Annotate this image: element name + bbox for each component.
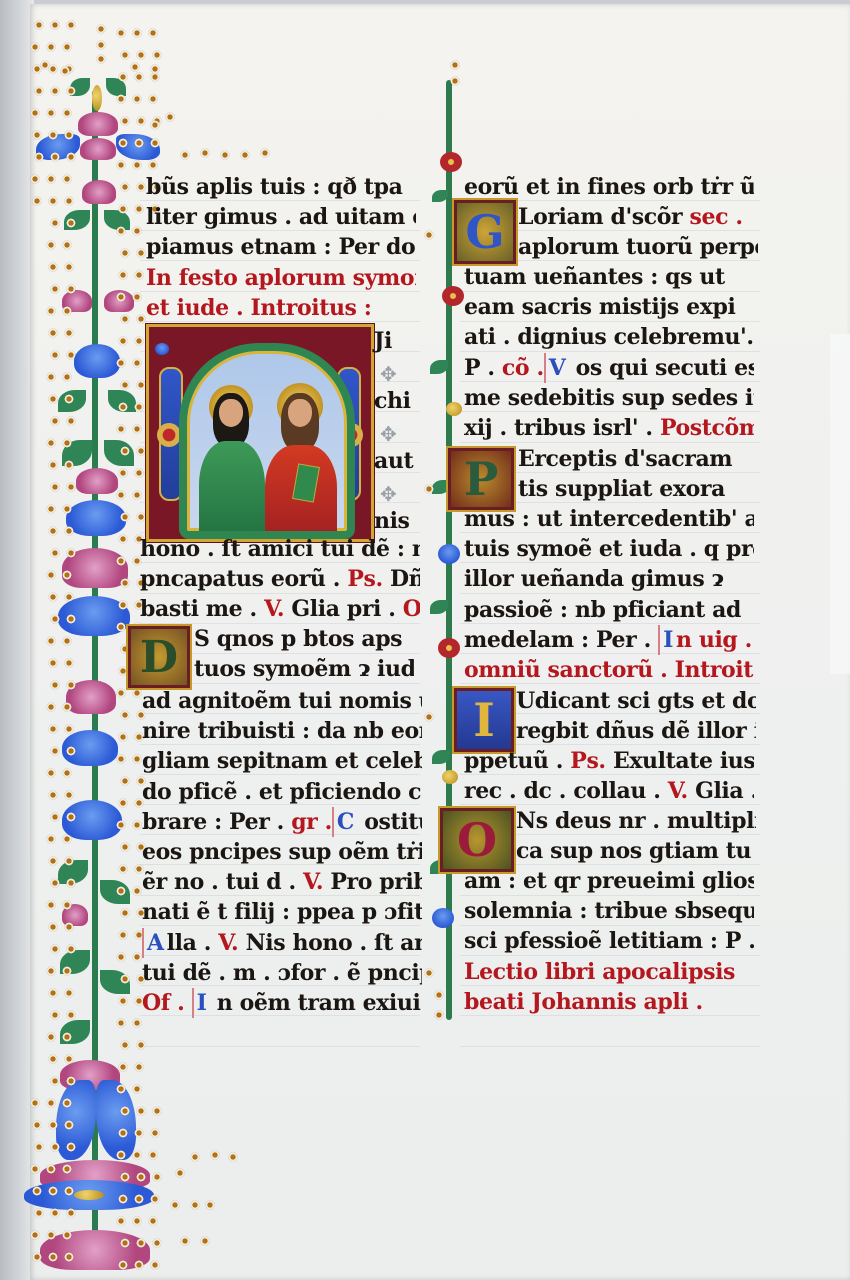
blue-acanthus-icon <box>56 1080 96 1160</box>
gold-dot-icon <box>32 1252 42 1262</box>
text-segment: Exultate iusti i dño <box>606 748 754 774</box>
gold-dot-icon <box>64 1186 74 1196</box>
gold-dot-icon <box>64 988 74 998</box>
rubric-text: n uig . <box>676 627 752 653</box>
text-line: Udicant sci gts et do . pr <box>516 686 756 716</box>
initial-D-left: D <box>126 624 192 690</box>
gold-dot-icon <box>46 1164 56 1174</box>
blue-flower-icon <box>74 344 120 378</box>
gold-dot-icon <box>118 72 128 82</box>
text-line: Alla . V. Nis hono . ſt amici <box>142 928 422 958</box>
rubric-text: Ps. <box>570 748 605 774</box>
gold-dot-icon <box>50 812 60 822</box>
gold-dot-icon <box>120 710 130 720</box>
gold-dot-icon <box>148 1216 158 1226</box>
gold-dot-icon <box>136 1040 146 1050</box>
gold-dot-icon <box>50 548 60 558</box>
gold-dot-icon <box>120 182 130 192</box>
gold-dot-icon <box>134 402 144 412</box>
gold-dot-icon <box>48 724 58 734</box>
gold-dot-icon <box>120 116 130 126</box>
gold-dot-icon <box>50 86 60 96</box>
gold-dot-icon <box>134 72 144 82</box>
gold-dot-icon <box>120 1238 130 1248</box>
gold-dot-icon <box>48 592 58 602</box>
gold-dot-icon <box>150 1260 160 1270</box>
gold-dot-icon <box>62 768 72 778</box>
gold-dot-icon <box>152 1238 162 1248</box>
gold-dot-icon <box>66 878 76 888</box>
gold-dot-icon <box>32 196 42 206</box>
gold-dot-icon <box>134 270 144 280</box>
minor-initial: C <box>332 807 357 837</box>
text-line: do pficẽ . et pficiendo cele <box>142 777 422 807</box>
historiated-initial-miniature <box>146 324 374 542</box>
jeweled-boss-icon <box>157 423 181 447</box>
gold-dot-icon <box>116 424 126 434</box>
gold-dot-icon <box>136 380 146 390</box>
gold-dot-icon <box>34 1208 44 1218</box>
gold-dot-icon <box>190 1200 200 1210</box>
gold-dot-icon <box>120 1172 130 1182</box>
blue-flower-icon <box>432 908 454 928</box>
gold-dot-icon <box>50 1076 60 1086</box>
text-line: tui dẽ . m . ɔfor . ẽ pncipat eorũ . <box>142 958 422 988</box>
text-line: ppetuũ . Ps. Exultate iusti i dño <box>464 746 754 776</box>
gold-dot-icon <box>62 900 72 910</box>
gold-dot-icon <box>132 160 142 170</box>
gold-dot-icon <box>64 526 74 536</box>
gold-dot-icon <box>46 1098 56 1108</box>
gold-dot-icon <box>46 900 56 910</box>
text-line: ad agnitoẽm tui nomis ue <box>142 686 422 716</box>
gold-dot-icon <box>120 50 130 60</box>
text-segment: basti me . <box>140 596 264 622</box>
gold-dot-icon <box>66 1076 76 1086</box>
minor-initial: I <box>192 988 210 1018</box>
gold-dot-icon <box>66 218 76 228</box>
gold-dot-icon <box>46 834 56 844</box>
gold-dot-icon <box>116 556 126 566</box>
gold-dot-icon <box>66 1142 76 1152</box>
gold-dot-icon <box>62 504 72 514</box>
gold-dot-icon <box>64 1252 74 1262</box>
gold-dot-icon <box>150 1194 160 1204</box>
text-line: ati . dignius celebremu'. <box>464 322 754 352</box>
text-line: ca sup nos gtiam tu <box>516 836 756 866</box>
gold-dot-icon <box>118 732 128 742</box>
gold-dot-icon <box>165 112 175 122</box>
text-line: solemnia : tribue sbsequi <box>464 896 754 926</box>
gold-dot-icon <box>62 108 72 118</box>
gold-dot-icon <box>64 1054 74 1064</box>
text-fragment: Ji <box>374 326 392 356</box>
gold-dot-icon <box>66 812 76 822</box>
gold-dot-icon <box>96 40 106 50</box>
gold-dot-icon <box>66 614 76 624</box>
gold-dot-icon <box>50 350 60 360</box>
text-line: xij . tribus isrl' . Postcõm . <box>464 413 754 443</box>
rubric-text: cõ . <box>502 355 544 381</box>
text-segment: pncapatus eorũ . <box>140 566 347 592</box>
gold-dot-icon <box>120 908 130 918</box>
gold-dot-icon <box>64 658 74 668</box>
text-line: bũs aplis tuis : qð tpa <box>146 172 416 202</box>
text-line: S qnos p btos aps <box>194 624 414 654</box>
gold-dot-icon <box>116 292 126 302</box>
gold-dot-icon <box>116 94 126 104</box>
gold-dot-icon <box>134 138 144 148</box>
knotwork-filler-icon: ✥ <box>380 422 397 446</box>
gold-dot-icon <box>32 1120 42 1130</box>
text-line: basti me . V. Glia pri . Orõ . <box>140 594 420 624</box>
gold-dot-icon <box>40 60 50 70</box>
rubric-text: V. <box>218 930 238 956</box>
gold-dot-icon <box>66 86 76 96</box>
gold-dot-icon <box>66 1010 76 1020</box>
gold-dot-icon <box>136 446 146 456</box>
red-flower-icon <box>442 286 464 306</box>
gold-dot-icon <box>424 484 434 494</box>
gold-dot-icon <box>190 1152 200 1162</box>
gold-fruit-icon <box>446 402 462 416</box>
page-repair-patch <box>830 334 850 674</box>
rubric-text: Postcõm . <box>660 415 754 441</box>
text-line: beati Johannis apli . <box>464 987 754 1017</box>
gold-dot-icon <box>50 218 60 228</box>
gold-dot-icon <box>450 60 460 70</box>
text-segment: xij . tribus isrl' . <box>464 415 660 441</box>
gold-dot-icon <box>116 28 126 38</box>
gold-dot-icon <box>136 116 146 126</box>
gold-dot-icon <box>62 1164 72 1174</box>
text-fragment: aut <box>374 446 413 476</box>
gold-dot-icon <box>136 182 146 192</box>
gold-dot-icon <box>120 248 130 258</box>
gold-dot-icon <box>50 944 60 954</box>
rubric-text: Orõ . <box>403 596 420 622</box>
pink-flower-icon <box>82 180 116 204</box>
gold-dot-icon <box>48 856 58 866</box>
text-line: rec . dc . collau . V. Glia . Orõ <box>464 776 754 806</box>
gold-dot-icon <box>132 886 142 896</box>
rubric-text: Ps. <box>347 566 382 592</box>
gold-dot-icon <box>116 952 126 962</box>
gold-dot-icon <box>46 768 56 778</box>
gold-dot-icon <box>62 702 72 712</box>
gold-dot-icon <box>46 438 56 448</box>
gold-dot-icon <box>48 790 58 800</box>
blue-flower-icon <box>155 343 169 355</box>
gold-dot-icon <box>132 952 142 962</box>
text-segment: ppetuũ . <box>464 748 570 774</box>
rubric-text: Of . <box>142 990 192 1016</box>
gold-dot-icon <box>136 50 146 60</box>
gold-dot-icon <box>132 358 142 368</box>
gold-dot-icon <box>62 570 72 580</box>
rubric-text: gr . <box>291 809 332 835</box>
gold-dot-icon <box>120 776 130 786</box>
gold-dot-icon <box>116 820 126 830</box>
red-flower-icon <box>438 638 460 658</box>
text-line: am : et qr preueimi gliosa <box>464 866 754 896</box>
gold-dot-icon <box>148 28 158 38</box>
text-segment: ostitue <box>357 809 422 835</box>
gold-dot-icon <box>96 24 106 34</box>
gold-dot-icon <box>120 1106 130 1116</box>
gold-dot-icon <box>132 424 142 434</box>
text-segment: ẽr no . tui d . <box>142 869 303 895</box>
text-line: Lectio libri apocalipsis <box>464 957 754 987</box>
gold-dot-icon <box>134 336 144 346</box>
gold-dot-icon <box>134 1260 144 1270</box>
gold-dot-icon <box>48 130 58 140</box>
gold-dot-icon <box>120 380 130 390</box>
gold-dot-icon <box>132 1216 142 1226</box>
text-segment: Glia pri . <box>284 596 403 622</box>
gold-dot-icon <box>150 120 160 130</box>
text-line: nati ẽ t filij : ppea p ɔfite . tibi . <box>142 897 422 927</box>
gold-dot-icon <box>64 856 74 866</box>
gold-dot-icon <box>48 1120 58 1130</box>
text-line: Of . I n oẽm tram exiui sonũ <box>142 988 422 1018</box>
text-line: eos pncipes sup oẽm tṙi me . <box>142 837 422 867</box>
gold-dot-icon <box>136 512 146 522</box>
text-line: mus : ut intercedentib' apr <box>464 504 754 534</box>
gold-dot-icon <box>62 1230 72 1240</box>
gold-dot-icon <box>64 1120 74 1130</box>
gold-dot-icon <box>434 990 444 1000</box>
text-fragment: chi <box>374 386 411 416</box>
gold-dot-icon <box>136 314 146 324</box>
saint-simon <box>197 361 267 531</box>
gold-bud-icon <box>92 85 102 111</box>
gold-dot-icon <box>62 372 72 382</box>
text-line: passioẽ : nb pficiant ad <box>464 595 754 625</box>
gold-dot-icon <box>118 1062 128 1072</box>
gold-dot-icon <box>66 548 76 558</box>
gold-dot-icon <box>62 636 72 646</box>
gold-dot-icon <box>132 490 142 500</box>
gold-dot-icon <box>46 504 56 514</box>
gold-dot-icon <box>118 1128 128 1138</box>
initial-G-right: G <box>452 198 518 266</box>
text-line: In festo aplorum symois <box>146 263 416 293</box>
gold-dot-icon <box>50 680 60 690</box>
gold-dot-icon <box>118 1260 128 1270</box>
gold-dot-icon <box>148 160 158 170</box>
text-line: pncapatus eorũ . Ps. Dñe pro <box>140 564 420 594</box>
gold-dot-icon <box>150 138 160 148</box>
gold-dot-icon <box>50 20 60 30</box>
gold-dot-icon <box>64 460 74 470</box>
gold-dot-icon <box>46 1032 56 1042</box>
gold-dot-icon <box>50 152 60 162</box>
gold-dot-icon <box>118 996 128 1006</box>
gold-dot-icon <box>46 174 56 184</box>
gold-dot-icon <box>34 20 44 30</box>
gold-dot-icon <box>152 1106 162 1116</box>
gold-dot-icon <box>48 1186 58 1196</box>
text-segment: Glia . <box>688 778 754 804</box>
gold-dot-icon <box>132 1018 142 1028</box>
gold-dot-icon <box>136 1238 146 1248</box>
gold-dot-icon <box>132 292 142 302</box>
text-segment: medelam : Per . <box>464 627 658 653</box>
gold-dot-icon <box>46 966 56 976</box>
gold-dot-icon <box>118 864 128 874</box>
gold-dot-icon <box>46 306 56 316</box>
gold-dot-icon <box>150 1128 160 1138</box>
ruling-line <box>460 1046 760 1047</box>
gold-dot-icon <box>32 130 42 140</box>
gold-dot-icon <box>66 746 76 756</box>
gold-dot-icon <box>116 1084 126 1094</box>
gold-dot-icon <box>48 1252 58 1262</box>
text-line: ẽr no . tui d . V. Pro prib tuis <box>142 867 422 897</box>
initial-O-right: O <box>438 806 516 874</box>
gold-dot-icon <box>66 944 76 954</box>
gold-dot-icon <box>50 1208 60 1218</box>
green-robe <box>199 441 265 539</box>
gold-dot-icon <box>64 328 74 338</box>
gold-dot-icon <box>118 930 128 940</box>
gold-dot-icon <box>50 416 60 426</box>
saint-jude <box>265 361 337 531</box>
gold-dot-icon <box>132 1150 142 1160</box>
text-line: tuos symoẽm ɂ iudã . <box>194 654 414 684</box>
text-line: tuis symoẽ et iuda . q pro <box>464 534 754 564</box>
gold-dot-icon <box>118 402 128 412</box>
pink-flower-icon <box>78 112 118 136</box>
gold-dot-icon <box>170 1200 180 1210</box>
text-line: omniũ sanctorũ . Introit'. <box>464 655 754 685</box>
gold-dot-icon <box>118 600 128 610</box>
gold-dot-icon <box>118 1194 128 1204</box>
gold-dot-icon <box>120 446 130 456</box>
text-line: liter gimus . ad uitam ca <box>146 202 416 232</box>
gold-dot-icon <box>150 64 160 74</box>
gold-dot-icon <box>66 680 76 690</box>
minor-initial: A <box>142 928 167 958</box>
gold-dot-icon <box>120 974 130 984</box>
gold-dot-icon <box>48 988 58 998</box>
blue-acanthus-icon <box>66 500 126 536</box>
gold-dot-icon <box>66 20 76 30</box>
gold-dot-icon <box>30 1230 40 1240</box>
gold-dot-icon <box>66 350 76 360</box>
text-line: aplorum tuorũ perpe <box>518 232 758 262</box>
gold-dot-icon <box>62 240 72 250</box>
gold-dot-icon <box>62 966 72 976</box>
gold-dot-icon <box>64 394 74 404</box>
gold-dot-icon <box>134 468 144 478</box>
gold-dot-icon <box>64 196 74 206</box>
gold-dot-icon <box>132 754 142 764</box>
text-line: piamus etnam : Per do . <box>146 232 416 262</box>
text-line: tuam ueñantes : qs ut <box>464 262 754 292</box>
rubric-text: V. <box>303 869 323 895</box>
knotwork-filler-icon: ✥ <box>380 482 397 506</box>
gold-dot-icon <box>34 86 44 96</box>
rubric-text: V. <box>264 596 284 622</box>
gold-dot-icon <box>64 130 74 140</box>
text-line: illor ueñanda gimus ɂ <box>464 564 754 594</box>
gold-dot-icon <box>48 196 58 206</box>
gold-dot-icon <box>424 968 434 978</box>
gold-dot-icon <box>48 460 58 470</box>
gold-dot-icon <box>64 922 74 932</box>
gold-dot-icon <box>64 790 74 800</box>
text-segment: os qui secuti estis <box>568 355 754 381</box>
gold-dot-icon <box>62 42 72 52</box>
minor-initial: I <box>658 625 676 655</box>
gold-dot-icon <box>200 148 210 158</box>
gold-dot-icon <box>62 1032 72 1042</box>
minor-initial: V <box>544 353 569 383</box>
gold-dot-icon <box>134 1194 144 1204</box>
knotwork-filler-icon: ✥ <box>380 362 397 386</box>
gold-dot-icon <box>134 1128 144 1138</box>
gold-dot-icon <box>180 150 190 160</box>
gold-dot-icon <box>30 174 40 184</box>
gold-dot-icon <box>64 592 74 602</box>
gold-dot-icon <box>48 922 58 932</box>
text-segment: Pro prib tuis <box>323 869 422 895</box>
text-line: brare : Per . gr .C ostitue <box>142 807 422 837</box>
gold-dot-icon <box>66 482 76 492</box>
gold-dot-icon <box>116 1018 126 1028</box>
text-line: hono . ſt amici tui dẽ : m . ɔfor . ẽ <box>140 534 420 564</box>
gold-dot-icon <box>30 108 40 118</box>
gold-dot-icon <box>136 1106 146 1116</box>
pink-flower-icon <box>80 138 116 160</box>
text-segment: Nis hono . ſt amici <box>238 930 422 956</box>
gold-dot-icon <box>424 230 434 240</box>
gold-dot-icon <box>50 878 60 888</box>
gold-dot-icon <box>132 820 142 830</box>
gold-dot-icon <box>60 66 70 76</box>
gold-dot-icon <box>148 1150 158 1160</box>
ruling-line <box>140 1046 420 1047</box>
gold-dot-icon <box>30 1098 40 1108</box>
gold-dot-icon <box>118 336 128 346</box>
gold-dot-icon <box>116 490 126 500</box>
text-line: et iude . Introitus : <box>146 293 416 323</box>
gold-dot-icon <box>48 394 58 404</box>
text-line: P . cõ .V os qui secuti estis <box>464 353 754 383</box>
gold-dot-icon <box>118 138 128 148</box>
text-line: eorũ et in fines orb tṙr ũba eorũ . <box>464 172 754 202</box>
text-line: medelam : Per . In uig . <box>464 625 754 655</box>
gold-dot-icon <box>434 1010 444 1020</box>
gold-dot-icon <box>132 94 142 104</box>
gold-dot-icon <box>134 204 144 214</box>
gold-dot-icon <box>34 152 44 162</box>
gold-dot-icon <box>116 1216 126 1226</box>
gold-dot-icon <box>48 658 58 668</box>
gold-dot-icon <box>136 1172 146 1182</box>
text-line: me sedebitis sup sedes iudi . <box>464 383 754 413</box>
gold-dot-icon <box>118 468 128 478</box>
gold-dot-icon <box>46 636 56 646</box>
gold-dot-icon <box>118 204 128 214</box>
gold-dot-icon <box>118 534 128 544</box>
gold-dot-icon <box>62 174 72 184</box>
gold-dot-icon <box>120 578 130 588</box>
gold-dot-icon <box>66 1208 76 1218</box>
gold-dot-icon <box>134 1062 144 1072</box>
